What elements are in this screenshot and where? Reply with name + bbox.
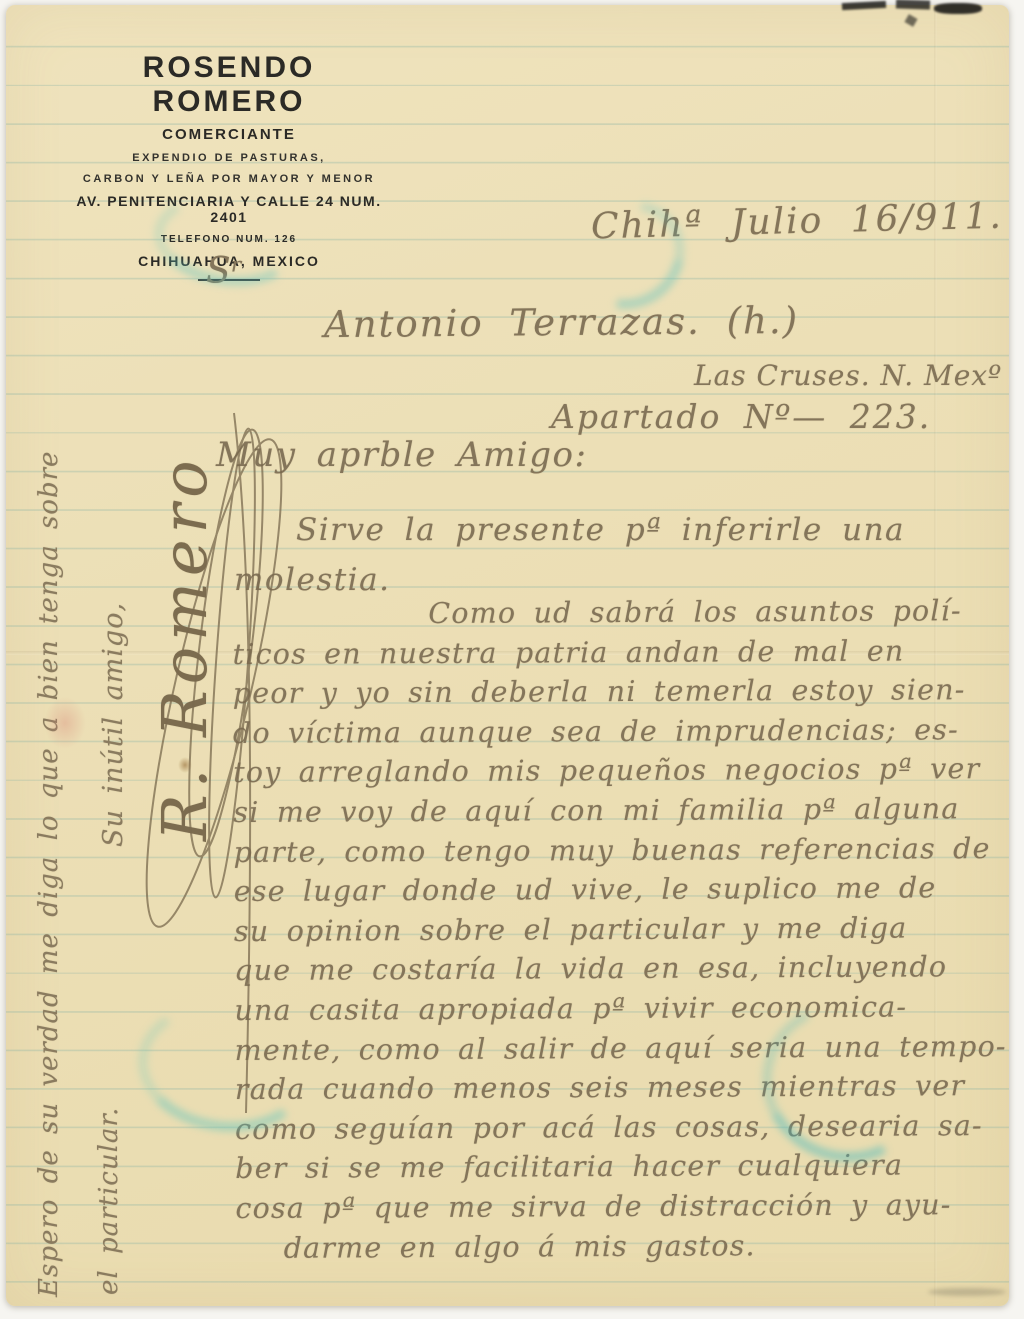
margin-note-line2: el particular. <box>94 1107 124 1295</box>
letter-line: toy arreglando mis pequeños negocios pª … <box>233 749 1005 793</box>
greeting: Muy aprble Amigo: <box>216 435 587 475</box>
letterhead-business-line2: CARBON Y LEÑA POR MAYOR Y MENOR <box>64 173 394 185</box>
signature-text: R. Romero <box>148 454 221 841</box>
scanned-letter: ROSENDO ROMERO COMERCIANTE EXPENDIO DE P… <box>0 0 1024 1319</box>
letter-line: cosa pª que me sirva de distracción y ay… <box>235 1185 1007 1229</box>
letter-line: Sirve la presente pª inferirle una <box>234 505 905 555</box>
addressee-po-box: Apartado Nº— 223. <box>551 397 931 436</box>
letter-paper: ROSENDO ROMERO COMERCIANTE EXPENDIO DE P… <box>6 5 1009 1306</box>
letterhead-business-line1: EXPENDIO DE PASTURAS, <box>64 152 394 164</box>
margin-note-closing: Su inútil amigo, <box>98 602 129 847</box>
letter-line: rada cuando menos seis meses mientras ve… <box>235 1066 1007 1110</box>
body-paragraph: Como ud sabrá los asuntos polí- ticos en… <box>232 591 1008 1268</box>
letter-line: su opinion sobre el particular y me diga <box>234 908 1006 952</box>
letter-line: si me voy de aquí con mi familia pª algu… <box>233 789 1005 833</box>
salutation-prefix: Sʳ <box>206 251 243 292</box>
addressee-name: Antonio Terrazas. (h.) <box>324 299 799 346</box>
letter-line: ese lugar donde ud vive, le suplico me d… <box>234 868 1006 912</box>
margin-note-line1: Espero de su verdad me diga lo que a bie… <box>34 451 64 1297</box>
letterhead-title: COMERCIANTE <box>64 126 394 143</box>
letterhead-address: AV. PENITENCIARIA Y CALLE 24 NUM. 2401 <box>64 193 394 225</box>
letterhead-name: ROSENDO ROMERO <box>64 51 394 119</box>
letter-line: una casita apropiada pª vivir economica- <box>234 987 1006 1031</box>
letterhead-telephone: TELEFONO NUM. 126 <box>64 234 394 245</box>
letter-line: como seguían por acá las cosas, desearia… <box>235 1106 1007 1150</box>
letter-line: ber si se me facilitaria hacer cualquier… <box>235 1145 1007 1189</box>
letter-line: parte, como tengo muy buenas referencias… <box>233 829 1005 873</box>
letter-line: Como ud sabrá los asuntos polí- <box>232 591 1004 635</box>
letter-line: do víctima aunque sea de imprudencias; e… <box>233 710 1005 754</box>
letter-line: darme en algo á mis gastos. <box>236 1224 1008 1268</box>
addressee-city: Las Cruses. N. Mexº <box>694 359 1002 392</box>
intro-paragraph: Sirve la presente pª inferirle una moles… <box>234 505 905 605</box>
letter-line: peor y yo sin deberla ni temerla estoy s… <box>233 670 1005 714</box>
letterhead: ROSENDO ROMERO COMERCIANTE EXPENDIO DE P… <box>64 51 394 281</box>
letter-line: que me costaría la vida en esa, incluyen… <box>234 947 1006 991</box>
date-line: Chihª Julio 16/911. <box>591 196 1004 248</box>
letter-line: mente, como al salir de aquí seria una t… <box>235 1027 1007 1071</box>
letter-line: ticos en nuestra patria andan de mal en <box>232 631 1004 675</box>
